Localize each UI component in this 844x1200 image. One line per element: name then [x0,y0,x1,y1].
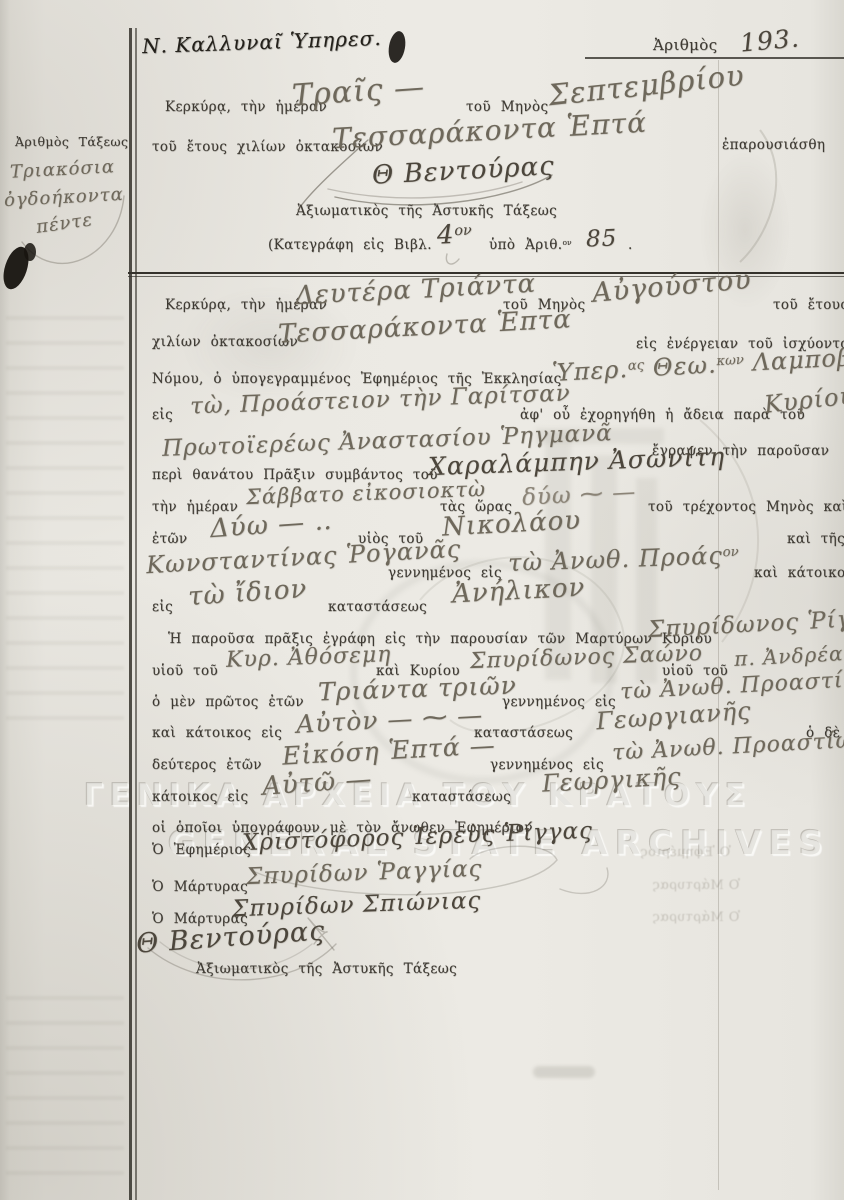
birthplace-text: τὼ Ἀνωθ. Προάς [508,542,724,577]
margin-order-number-hw-1: Τριακόσια [10,156,116,182]
left-margin-bleed-texture-lower [6,975,124,1185]
registry-period: . [628,237,633,253]
act-permission-label: ἀφ' οὗ ἐχορηγήθη ἡ ἄδεια παρὰ τοῦ [520,407,805,423]
resident-eis-label: εἰς [152,599,173,615]
registry-book-label: (Κατεγράφη εἰς Βιβλ. [268,237,432,253]
margin-order-number-hw-2: ὀγδοήκοντα [4,184,125,211]
residence-hw: τὼ ἴδιον [187,574,308,612]
death-month-year-label: τοῦ τρέχοντος Μηνὸς καὶ ἔτους [648,499,844,515]
church-abbrev-2: Θεω. [652,350,717,381]
top-handwritten-annotation: Ν. Καλλυναῖ Ὑπηρεσ. [142,26,382,58]
bleed-mirror-martyras2: Ὁ Μάρτυρας [652,910,740,925]
officer-title-bottom: Ἀξιωματικὸς τῆς Ἀστυκῆς Τάξεως [196,961,457,977]
scanned-register-page: ΓΕΝΙΚΑ ΑΡΧΕΙΑ ΤΟΥ ΚΡΑΤΟΥΣ GENERAL STATE … [0,0,844,1200]
record-number-label: Ἀριθμὸς [653,36,718,54]
header-month-hw: Σεπτεμβρίου [547,58,746,112]
birthplace-hw: τὼ Ἀνωθ. Προάςον [508,541,740,577]
age-label: ἐτῶν [152,531,188,547]
header-officer-signature-hw: Θ Βεντούρας [371,151,555,191]
and-resident-label: καὶ κάτοικος [754,565,844,581]
act-kyriou-hw: Κυρίου [763,381,844,418]
registry-under-number-text: ὑπὸ Ἀριθ. [489,237,563,253]
left-vertical-rule-outer [129,28,132,1200]
left-vertical-rule-inner [135,28,137,1200]
first-witness-resident-label: καὶ κάτοικος εἰς [152,725,282,741]
efimerios-label: Ὁ Ἐφημέριος [152,842,251,858]
registry-book-number: 4 [436,220,455,251]
first-witness-status-hw: Γεωργιανῆς [595,697,752,736]
margin-order-number-label: Ἀριθμὸς Τάξεως [15,134,128,149]
act-year-intro-label: τοῦ ἔτους [773,297,844,313]
second-witness-resident-label: κάτοικος εἰς [152,789,249,805]
witness1-son-of-label: υἱοῦ τοῦ [152,663,218,679]
header-presented-label: ἐπαρουσιάσθη [722,137,825,153]
second-witness-birthplace-hw: τὼ Ἀνωθ. Προαστίων [612,727,844,765]
header-officer-title: Ἀξιωματικὸς τῆς Ἀστυκῆς Τάξεως [296,203,557,219]
registry-under-number-label: ὑπὸ Ἀριθ.ον [489,237,571,253]
registry-number-tail [446,254,459,264]
header-year-hw: Τεσσαράκοντα Ἑπτά [331,106,647,155]
registry-under-number-sup: ον [563,238,572,247]
record-number-value: 193. [739,23,801,57]
birthplace-sup: ον [722,545,738,561]
annotation-ink-blot [386,30,407,64]
bleed-mirror-martyras1: Ὁ Μάρτυρας [652,878,740,893]
registry-entry-number-hw: 85 [586,225,618,252]
status-label: καταστάσεως [328,599,427,615]
header-day-hw: Τραῖς — [291,69,426,113]
number-underline [585,57,844,59]
act-place-eis-label: εἰς [152,407,173,423]
bleed-mirror-efimerios: Ὁ Ἐφημέριος [640,845,731,860]
act-year-label: χιλίων ὀκτακοσίων [152,334,298,350]
witness1-name-hw: Σπυρίδωνος Ῥίγγα [647,605,844,643]
margin-ink-blot-2 [24,243,36,261]
second-witness-status-label: καταστάσεως [412,789,511,805]
registry-book-number-sup: ον [454,223,472,240]
margin-order-number-hw-3: πέντε [35,209,94,238]
margin-ink-blot [0,244,33,293]
martyras2-signature-hw: Σπυρίδων Σπιώνιας [232,888,482,923]
church-abbrev-1-sup: ας [627,358,644,374]
registry-book-number-hw: 4ον [436,219,472,250]
left-margin-bleed-texture [6,295,124,725]
second-witness-age-label: δεύτερος ἐτῶν [152,757,262,773]
first-witness-age-label: ὁ μὲν πρῶτος ἐτῶν [152,694,304,710]
martyras1-label: Ὁ Μάρτυρας [152,879,248,895]
ink-smudge [533,1066,595,1078]
martyras1-flourish [560,868,608,893]
church-abbrev-2-sup: κων [716,353,744,369]
witness2-father-hw: π. Ἀνδρέα [733,641,844,671]
and-of-label: καὶ τῆς [787,531,844,547]
